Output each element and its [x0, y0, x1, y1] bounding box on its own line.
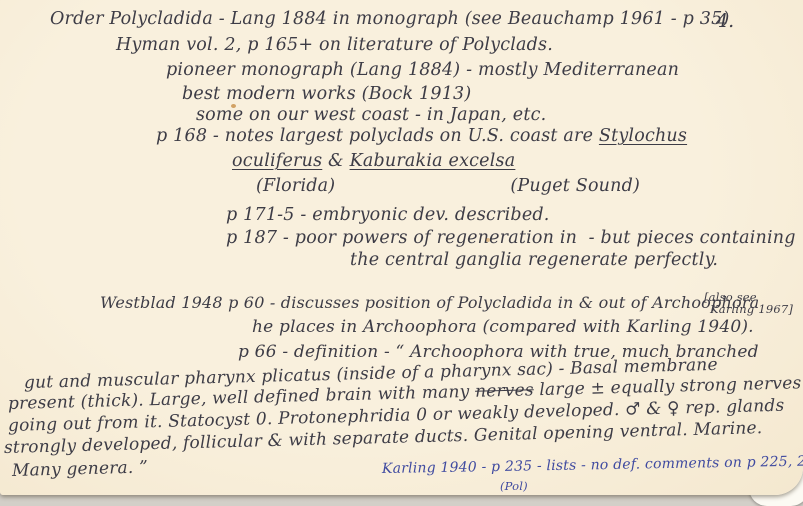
- handwritten-text: p 168 - notes largest polyclads on U.S. …: [156, 126, 599, 146]
- line-westblad: Westblad 1948 p 60 - discusses position …: [100, 294, 759, 312]
- line-localities: (Florida)(Puget Sound): [256, 177, 640, 196]
- line-karling-blue-sub: (Pol): [500, 480, 528, 493]
- paper-stain: [231, 104, 236, 108]
- handwritten-text: pioneer monograph (Lang 1884) - mostly M…: [166, 60, 679, 80]
- handwritten-text: oculiferus: [232, 151, 322, 171]
- index-card: Order Polycladida - Lang 1884 in monogra…: [0, 0, 803, 495]
- paper-stain: [486, 238, 490, 242]
- handwritten-text: Karling 1967]: [710, 302, 793, 316]
- handwritten-text: Many genera. ”: [12, 457, 148, 481]
- line-karling-blue: Karling 1940 - p 235 - lists - no def. c…: [382, 454, 803, 477]
- line-p168: p 168 - notes largest polyclads on U.S. …: [156, 127, 687, 146]
- handwritten-text: (Florida): [256, 176, 335, 196]
- handwritten-text: the central ganglia regenerate perfectly…: [350, 250, 718, 270]
- line-ganglia: the central ganglia regenerate perfectly…: [350, 251, 718, 270]
- line-species: oculiferus & Kaburakia excelsa: [232, 152, 515, 171]
- line-order-title: Order Polycladida - Lang 1884 in monogra…: [50, 10, 730, 29]
- line-west-coast: some on our west coast - in Japan, etc.: [196, 106, 546, 125]
- handwritten-text: Stylochus: [599, 126, 687, 146]
- handwritten-text: Order Polycladida - Lang 1884 in monogra…: [50, 9, 730, 29]
- line-places: he places in Archoophora (compared with …: [252, 318, 754, 337]
- handwritten-text: p 187 - poor powers of regeneration in -…: [226, 228, 796, 248]
- handwritten-text: Kaburakia excelsa: [350, 151, 516, 171]
- scanned-index-card-page: Order Polycladida - Lang 1884 in monogra…: [0, 0, 803, 506]
- handwritten-text: Karling 1940 - p 235 - lists - no def. c…: [382, 453, 803, 477]
- handwritten-text: (Puget Sound): [510, 176, 640, 196]
- handwritten-text: best modern works (Bock 1913): [182, 84, 471, 104]
- handwriting-layer: Order Polycladida - Lang 1884 in monogra…: [0, 0, 803, 495]
- line-p171: p 171-5 - embryonic dev. described.: [226, 206, 550, 225]
- line-margin-note-2: Karling 1967]: [710, 303, 793, 316]
- line-best-modern: best modern works (Bock 1913): [182, 85, 471, 104]
- line-pioneer: pioneer monograph (Lang 1884) - mostly M…: [166, 61, 679, 80]
- handwritten-text: (Pol): [500, 479, 528, 493]
- handwritten-text: nerves: [475, 380, 534, 402]
- handwritten-text: Westblad 1948 p 60 - discusses position …: [100, 293, 759, 312]
- line-p187: p 187 - poor powers of regeneration in -…: [226, 229, 796, 248]
- page-number: 4.: [716, 10, 734, 32]
- line-many-genera: Many genera. ”: [12, 458, 148, 480]
- handwritten-text: he places in Archoophora (compared with …: [252, 317, 754, 337]
- handwritten-text: Hyman vol. 2, p 165+ on literature of Po…: [116, 35, 553, 55]
- line-hyman-ref: Hyman vol. 2, p 165+ on literature of Po…: [116, 36, 553, 55]
- handwritten-text: some on our west coast - in Japan, etc.: [196, 105, 546, 125]
- handwritten-text: p 171-5 - embryonic dev. described.: [226, 205, 550, 225]
- handwritten-text: &: [322, 151, 349, 171]
